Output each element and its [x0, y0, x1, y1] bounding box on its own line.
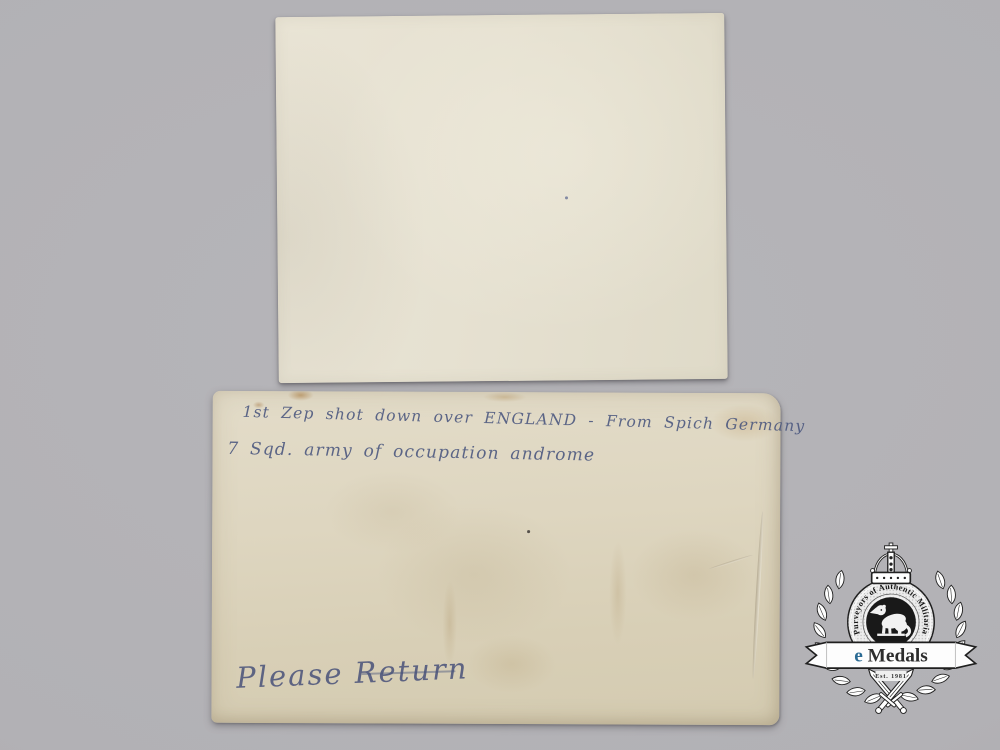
est-1981-label: Est. 1981: [875, 674, 907, 680]
product-photo-scene: 1st Zep shot down over ENGLAND - From Sp…: [0, 0, 1000, 750]
brand-medals: Medals: [868, 646, 929, 667]
established-date: Est. 1981: [875, 671, 907, 681]
brand-banner: e Medals: [806, 642, 975, 668]
ink-speck: [565, 196, 568, 199]
brand-e: e: [854, 646, 863, 667]
brand-wordmark: e Medals: [854, 646, 928, 667]
inscription-line-2: 7 Sqd. army of occupation androme: [227, 439, 595, 466]
emedals-watermark-logo: Purveyors of Authentic Militaria: [799, 541, 983, 729]
ermine-medallion: [865, 596, 917, 648]
inscription-please-return: Please Return: [236, 651, 470, 694]
dirt-speck: [527, 530, 530, 533]
inscription-line-1: 1st Zep shot down over ENGLAND - From Sp…: [242, 403, 805, 435]
crown-icon: [871, 543, 912, 583]
envelope-back: 1st Zep shot down over ENGLAND - From Sp…: [211, 391, 780, 725]
paper-crease: [751, 511, 765, 679]
paper-crease-small: [709, 554, 753, 570]
photo-card-blank-back: [275, 13, 727, 383]
